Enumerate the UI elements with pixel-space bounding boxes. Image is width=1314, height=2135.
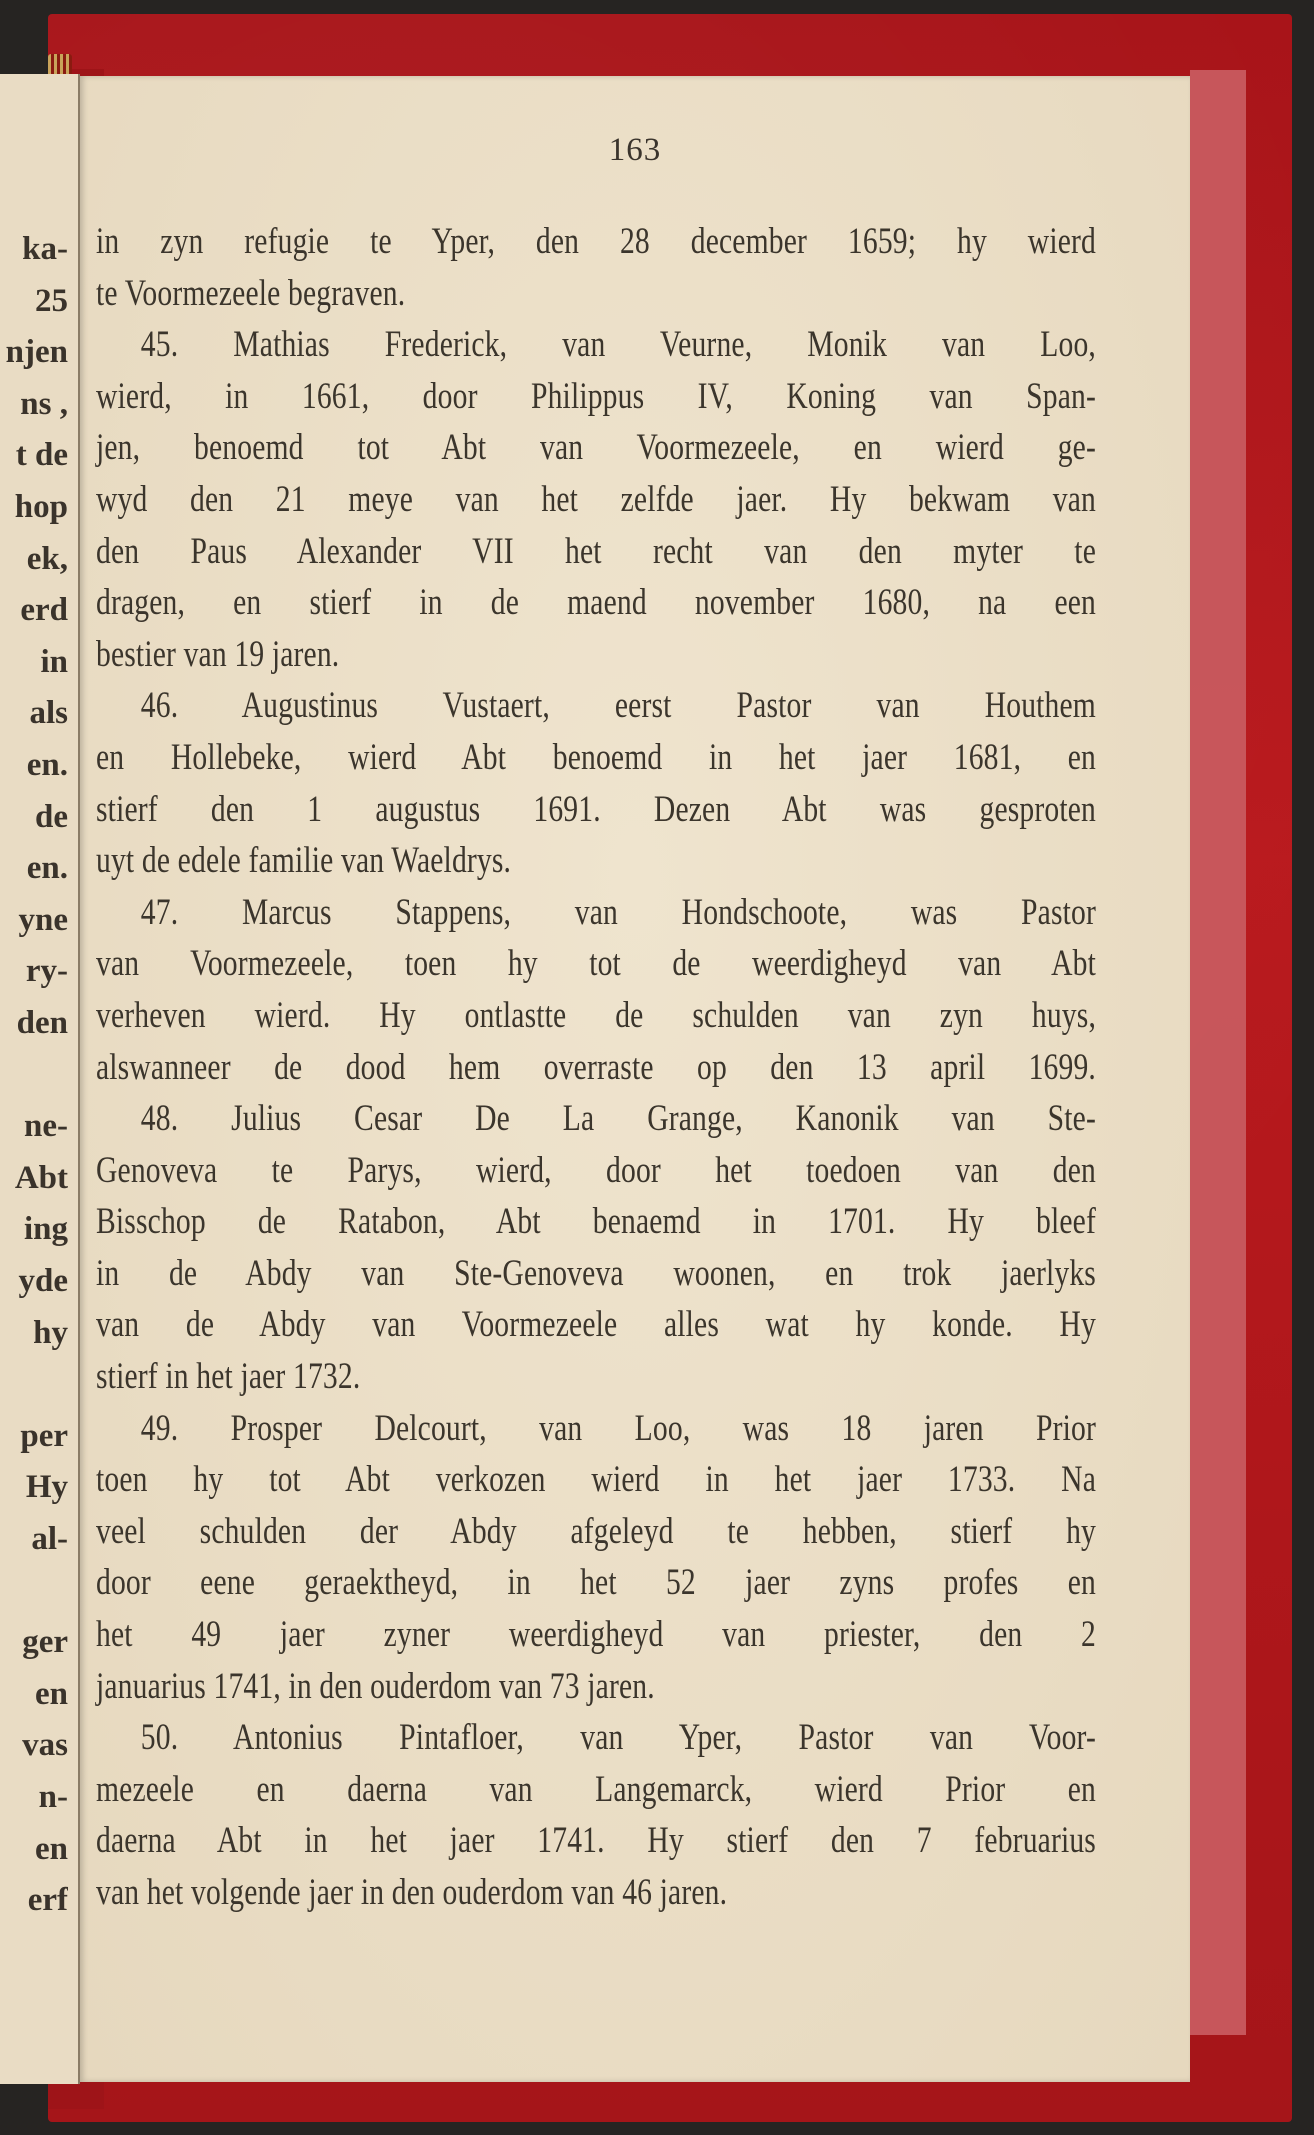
text-line: stierf in het jaer 1732. <box>96 1351 1096 1403</box>
text-line: te Voormezeele begraven. <box>96 268 1096 320</box>
text-line: den Paus Alexander VII het recht van den… <box>96 526 1096 578</box>
text-line: dragen, en stierf in de maend november 1… <box>96 577 1096 629</box>
left-page-fragment: ing <box>0 1209 68 1249</box>
paragraph-first-line: 46. Augustinus Vustaert, eerst Pastor va… <box>96 680 1096 732</box>
body-text: in zyn refugie te Yper, den 28 december … <box>96 216 1096 1919</box>
left-page-fragment: en. <box>0 745 68 785</box>
left-page-fragment: en <box>0 1674 68 1714</box>
left-page-fragment: de <box>0 797 68 837</box>
paragraph-first-line: 45. Mathias Frederick, van Veurne, Monik… <box>96 319 1096 371</box>
left-page-fragment: in <box>0 642 68 682</box>
left-page-fragment: en <box>0 1829 68 1869</box>
left-page-fragment: yde <box>0 1261 68 1301</box>
left-page-fragment: hy <box>0 1313 68 1353</box>
text-line: bestier van 19 jaren. <box>96 629 1096 681</box>
page-number: 163 <box>80 132 1190 169</box>
paragraph-first-line: 49. Prosper Delcourt, van Loo, was 18 ja… <box>96 1403 1096 1455</box>
left-page-fragment: per <box>0 1416 68 1456</box>
left-page-fragment: erd <box>0 590 68 630</box>
left-page-fragment: Abt <box>0 1158 68 1198</box>
text-line: in de Abdy van Ste-Genoveva woonen, en t… <box>96 1248 1096 1300</box>
left-page-fragment: en. <box>0 848 68 888</box>
text-line: veel schulden der Abdy afgeleyd te hebbe… <box>96 1506 1096 1558</box>
text-line: daerna Abt in het jaer 1741. Hy stierf d… <box>96 1815 1096 1867</box>
left-page-fragment: njen <box>0 332 68 372</box>
left-page-fragment: t de <box>0 435 68 475</box>
text-line: door eene geraektheyd, in het 52 jaer zy… <box>96 1557 1096 1609</box>
text-line: en Hollebeke, wierd Abt benoemd in het j… <box>96 732 1096 784</box>
left-page-fragment: ry- <box>0 951 68 991</box>
left-page-fragment: erf <box>0 1880 68 1920</box>
text-line: uyt de edele familie van Waeldrys. <box>96 835 1096 887</box>
left-page: ka-25njenns ,t dehopek,erdinalsen.deen.y… <box>0 74 80 2084</box>
left-page-fragment: al- <box>0 1519 68 1559</box>
text-line: in zyn refugie te Yper, den 28 december … <box>96 216 1096 268</box>
text-line: wyd den 21 meye van het zelfde jaer. Hy … <box>96 474 1096 526</box>
text-line: jen, benoemd tot Abt van Voormezeele, en… <box>96 422 1096 474</box>
text-line: van Voormezeele, toen hy tot de weerdigh… <box>96 938 1096 990</box>
paragraph-first-line: 48. Julius Cesar De La Grange, Kanonik v… <box>96 1093 1096 1145</box>
left-page-fragment: ek, <box>0 539 68 579</box>
left-page-fragment: 25 <box>0 281 68 321</box>
left-page-fragment: ka- <box>0 229 68 269</box>
left-page-fragment: hop <box>0 487 68 527</box>
left-page-fragment: Hy <box>0 1467 68 1507</box>
text-line: alswanneer de dood hem overraste op den … <box>96 1042 1096 1094</box>
left-page-fragment: ger <box>0 1622 68 1662</box>
text-line: Genoveva te Parys, wierd, door het toedo… <box>96 1145 1096 1197</box>
text-line: toen hy tot Abt verkozen wierd in het ja… <box>96 1454 1096 1506</box>
right-page: 163 in zyn refugie te Yper, den 28 decem… <box>80 76 1190 2082</box>
text-line: Bisschop de Ratabon, Abt benaemd in 1701… <box>96 1196 1096 1248</box>
text-line: het 49 jaer zyner weerdigheyd van priest… <box>96 1609 1096 1661</box>
endpaper-strip <box>1190 70 1246 2035</box>
left-page-fragment: ne- <box>0 1106 68 1146</box>
text-line: van de Abdy van Voormezeele alles wat hy… <box>96 1299 1096 1351</box>
left-page-fragment: n- <box>0 1777 68 1817</box>
text-line: stierf den 1 augustus 1691. Dezen Abt wa… <box>96 784 1096 836</box>
paragraph-first-line: 50. Antonius Pintafloer, van Yper, Pasto… <box>96 1712 1096 1764</box>
left-page-fragment: den <box>0 1003 68 1043</box>
left-page-fragment: vas <box>0 1725 68 1765</box>
text-line: van het volgende jaer in den ouderdom va… <box>96 1867 1096 1919</box>
text-line: mezeele en daerna van Langemarck, wierd … <box>96 1764 1096 1816</box>
text-line: verheven wierd. Hy ontlastte de schulden… <box>96 990 1096 1042</box>
left-page-fragment: ns , <box>0 384 68 424</box>
left-page-fragment: yne <box>0 900 68 940</box>
paragraph-first-line: 47. Marcus Stappens, van Hondschoote, wa… <box>96 887 1096 939</box>
text-line: januarius 1741, in den ouderdom van 73 j… <box>96 1661 1096 1713</box>
left-page-fragment: als <box>0 693 68 733</box>
text-line: wierd, in 1661, door Philippus IV, Konin… <box>96 371 1096 423</box>
